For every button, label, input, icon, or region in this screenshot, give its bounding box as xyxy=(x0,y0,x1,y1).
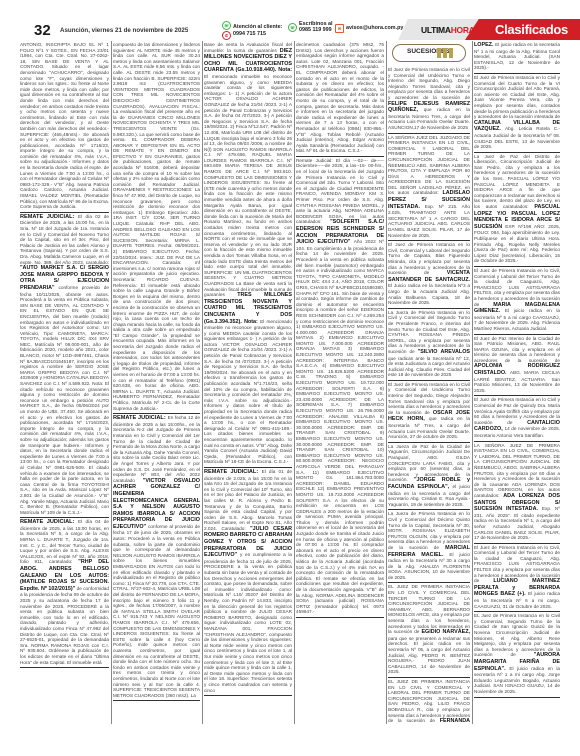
column-6: LOPEZ. El juicio radica en la secretaría… xyxy=(474,41,560,724)
email-contact: ✉ avisos@uhora.com.py xyxy=(335,24,403,33)
legal-notice: La Juez de Paz del Distrito de Liberació… xyxy=(474,153,560,267)
sucesiones-icon xyxy=(437,48,453,58)
legal-notice: El Juez de Primera Instancia en lo Civil… xyxy=(474,267,560,335)
customer-service-contact: ☏ ✆ Atención al cliente: 0994 715 715 xyxy=(222,21,282,40)
legal-notice: El Juez de Primera Instancia en lo Civil… xyxy=(474,74,560,153)
legal-notice: EL JUEZ DE PRIMERA INSTANCIA EN LO CIVIL… xyxy=(388,678,470,724)
legal-notice: REMATE JUDICIAL: En fecha 12 de diciembr… xyxy=(113,414,200,701)
legal-notice: LA SEÑORA JUEZ DEL JUZGADO DE PRIMERA IN… xyxy=(388,134,470,242)
page-header: 32 Asunción, viernes 21 de noviembre de … xyxy=(0,0,580,40)
legal-notice: La Jueza de Paz de la Ciudad de Yaguarón… xyxy=(388,443,470,511)
page-number: 32 xyxy=(34,22,51,39)
column-divider xyxy=(386,41,387,724)
brand-banner: ULTIMAHORA Clasificados xyxy=(395,19,580,40)
legal-notice: compuesto de las dimensiones y linderos … xyxy=(113,41,200,414)
column-divider xyxy=(472,41,473,724)
whatsapp-contact: ☏ Escribinos al 0985 119 999 xyxy=(288,21,333,34)
legal-notice: REMATE JUDICIAL: El día 02 de Diciembre … xyxy=(20,213,109,518)
legal-notice: decímetros cuadrados (375 Mts2, 75 Dmts2… xyxy=(296,41,384,157)
brand-logo: ULTIMAHORA xyxy=(421,25,475,35)
legal-notice: LA SEÑORA JUEZ DE PRIMERA INSTANCIA EN L… xyxy=(474,442,560,544)
legal-notice: La Jueza de Primera Instancia en lo Civi… xyxy=(388,510,470,583)
whatsapp-icon: ☏ xyxy=(288,23,297,32)
contact-phone[interactable]: 0994 715 715 xyxy=(233,31,282,37)
classifieds-columns: ANTONIO, INSCRIPTA BAJO EL Nº 1 FOLIO Nº… xyxy=(20,41,560,724)
legal-notice: La Jueza de Primera Instancia en lo Civi… xyxy=(388,309,470,381)
column-5: SUCESIONES El Juez de Primera Instancia … xyxy=(388,41,470,724)
section-title: Clasificados xyxy=(495,22,568,37)
legal-notice: REMATE JUDICIAL: El día 01 de diciembre … xyxy=(204,468,292,696)
legal-notice: LOPEZ. El juicio radica en la secretaría… xyxy=(474,41,560,74)
dateline: Asunción, viernes 21 de noviembre de 202… xyxy=(60,27,188,34)
sucesiones-section-label: SUCESIONES xyxy=(392,44,466,62)
whatsapp-icon: ☏ xyxy=(222,21,231,30)
legal-notice: El Juez de Paz Interino de la Ciudad de … xyxy=(474,335,560,397)
legal-notice: El Juez de Primera Instancia en lo Civil… xyxy=(388,66,470,134)
column-4: decímetros cuadrados (375 Mts2, 75 Dmts2… xyxy=(296,41,384,724)
legal-notice: REMATE JUDICIAL: El día 04 de diciembre … xyxy=(20,518,109,668)
legal-notice: El Juez de Primera Instancia en lo Civil… xyxy=(474,544,560,613)
column-divider xyxy=(111,41,112,724)
legal-notice: Base de venta la Avaluación fiscal del i… xyxy=(204,41,292,468)
legal-notice: EL JUEZ DE PRIMERA INSTANCIA EN LO CIVIL… xyxy=(388,583,470,678)
legal-notice: El Juez de Primera Instancia en lo Civil… xyxy=(388,241,470,309)
legal-notice: ANTONIO, INSCRIPTA BAJO EL Nº 1 FOLIO Nº… xyxy=(20,41,109,213)
column-2: compuesto de las dimensiones y linderos … xyxy=(113,41,200,724)
legal-notice: El Juez de Primera Instancia en lo Civil… xyxy=(388,381,470,443)
legal-notice: EL Juez de Primera Instancia en lo Civil… xyxy=(474,612,560,697)
column-3: Base de venta la Avaluación fiscal del i… xyxy=(204,41,292,724)
column-1: ANTONIO, INSCRIPTA BAJO EL Nº 1 FOLIO Nº… xyxy=(20,41,109,724)
phone-icon: ✆ xyxy=(222,31,231,40)
legal-notice: Remate Judicial: El día ---02--- de-----… xyxy=(296,157,384,618)
column-divider xyxy=(202,41,203,724)
legal-notice: El Juez de Primera Instancia en lo Civil… xyxy=(474,396,560,441)
column-divider xyxy=(294,41,295,724)
contact-phone[interactable]: 0985 119 999 xyxy=(299,27,333,33)
mail-icon: ✉ xyxy=(335,24,344,33)
contact-label: Atención al cliente: xyxy=(233,24,282,30)
